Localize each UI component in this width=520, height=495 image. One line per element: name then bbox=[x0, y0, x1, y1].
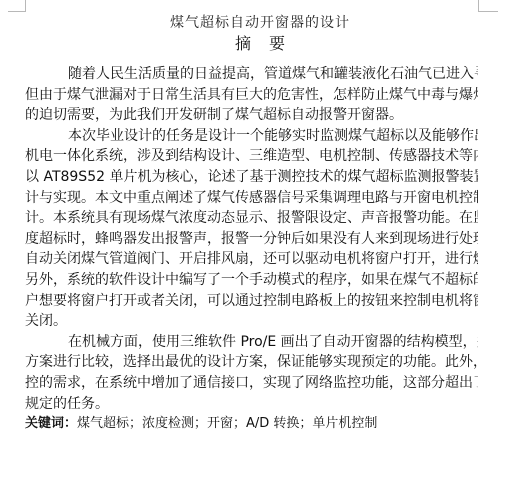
abstract-heading: 摘要 bbox=[0, 31, 520, 54]
page-corner-mark-top-right bbox=[478, 0, 498, 12]
document-title: 煤气超标自动开窗器的设计 bbox=[0, 12, 520, 32]
text-line: 户想要将窗户打开或者关闭，可以通过控制电路板上的按钮来控制电机将窗户打开或者 bbox=[25, 291, 478, 312]
keywords-label: 关键词： bbox=[25, 416, 77, 431]
text-line: 但由于煤气泄漏对于日常生活具有巨大的危害性，怎样防止煤气中毒与爆炸已成为人们 bbox=[25, 85, 478, 106]
text-line: 另外，系统的软件设计中编写了一个手动模式的程序，如果在煤气不超标的情况下，用 bbox=[25, 270, 478, 291]
abstract-body: 随着人民生活质量的日益提高，管道煤气和罐装液化石油气已进入寻常百姓人家， 但由于… bbox=[25, 64, 478, 435]
text-line: 自动关闭煤气管道阀门、开启排风扇，还可以驱动电机将窗户打开，进行燃气的排放。 bbox=[25, 249, 478, 270]
text-line: 度超标时，蜂鸣器发出报警声，报警一分钟后如果没有人来到现场进行处理，系统将会 bbox=[25, 229, 478, 250]
keywords-line: 关键词：煤气超标；浓度检测；开窗；A/D 转换；单片机控制 bbox=[25, 414, 478, 435]
text-line: 的迫切需要，为此我们开发研制了煤气超标自动报警开窗器。 bbox=[25, 105, 478, 126]
keywords-value: 煤气超标；浓度检测；开窗；A/D 转换；单片机控制 bbox=[77, 416, 377, 431]
text-line: 在机械方面，使用三维软件 Pro/E 画出了自动开窗器的结构模型，并对不同的结构 bbox=[25, 332, 478, 353]
text-line: 控的需求，在系统中增加了通信接口，实现了网络监控功能，这部分超出了设计任务书 bbox=[25, 373, 478, 394]
text-line: 计。本系统具有现场煤气浓度动态显示、报警限设定、声音报警功能。在监测到煤气浓 bbox=[25, 208, 478, 229]
text-line: 方案进行比较，选择出最优的设计方案，保证能够实现预定的功能。此外，为了满足监 bbox=[25, 352, 478, 373]
abstract-heading-left: 摘 bbox=[235, 34, 251, 53]
text-line: 计与实现。本文中重点阐述了煤气传感器信号采集调理电路与开窗电机控制电路的设 bbox=[25, 188, 478, 209]
text-line: 随着人民生活质量的日益提高，管道煤气和罐装液化石油气已进入寻常百姓人家， bbox=[25, 64, 478, 85]
page-corner-mark-top-left bbox=[8, 0, 26, 12]
text-line: 机电一体化系统，涉及到结构设计、三维造型、电机控制、传感器技术等内容。本系统 bbox=[25, 146, 478, 167]
text-line: 本次毕业设计的任务是设计一个能够实时监测煤气超标以及能够作出应急处理的 bbox=[25, 126, 478, 147]
text-line: 规定的任务。 bbox=[25, 394, 478, 415]
text-line: 以 AT89S52 单片机为核心，论述了基于测控技术的煤气超标监测报警装置的软硬… bbox=[25, 167, 478, 188]
text-line: 关闭。 bbox=[25, 311, 478, 332]
abstract-heading-right: 要 bbox=[269, 34, 285, 53]
